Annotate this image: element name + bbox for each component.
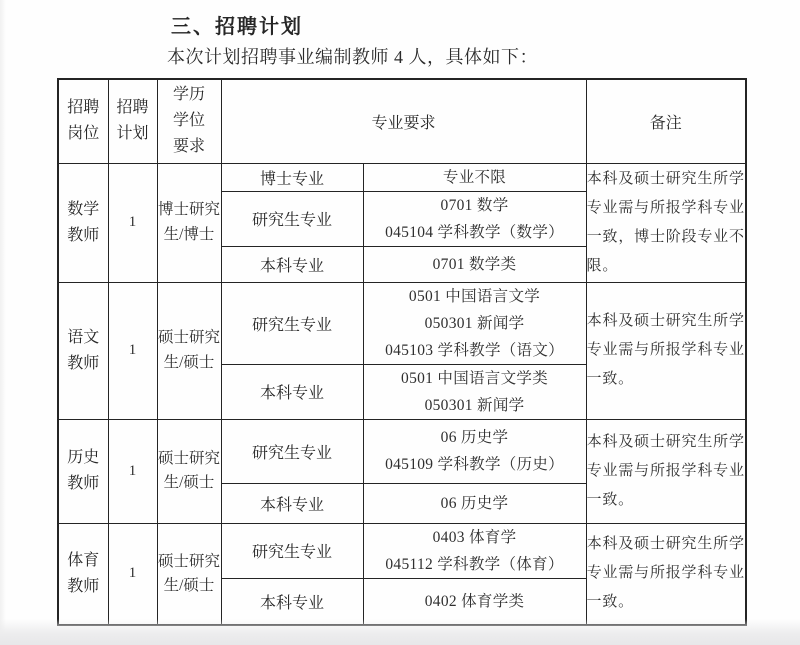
degree-level-cell: 本科专业 [221, 246, 363, 282]
major-list-cell: 06 历史学 045109 学科教学（历史） [363, 419, 586, 483]
position-cell: 语文教师 [58, 282, 108, 419]
major-line: 045109 学科教学（历史） [364, 451, 586, 478]
plan-count-cell: 1 [108, 523, 157, 625]
major-line: 045104 学科教学（数学） [364, 219, 586, 246]
degree-level-cell: 本科专业 [221, 364, 363, 419]
education-cell: 博士研究生/博士 [157, 163, 221, 282]
plan-count-cell: 1 [108, 282, 157, 419]
major-list-cell: 0501 中国语言文学类 050301 新闻学 [363, 364, 586, 419]
position-cell: 体育教师 [58, 523, 108, 625]
degree-level-cell: 本科专业 [221, 578, 363, 625]
position-cell: 数学教师 [58, 163, 108, 282]
page-subtitle: 本次计划招聘事业编制教师 4 人，具体如下： [167, 43, 538, 69]
table-row: 体育教师 1 硕士研究生/硕士 研究生专业 0403 体育学 045112 学科… [58, 523, 746, 578]
degree-level-cell: 博士专业 [221, 163, 363, 191]
remarks-cell: 本科及硕士研究生所学专业需与所报学科专业一致。 [586, 282, 746, 419]
table-header-row: 招聘岗位 招聘计划 学历学位要求 专业要求 备注 [58, 79, 746, 163]
col-header-remarks: 备注 [586, 79, 746, 163]
major-line: 专业不限 [364, 164, 586, 191]
position-label: 历史教师 [64, 445, 102, 497]
major-list-cell: 0701 数学类 [363, 246, 586, 282]
major-line: 0403 体育学 [364, 524, 586, 551]
major-line: 06 历史学 [364, 490, 586, 517]
education-cell: 硕士研究生/硕士 [157, 419, 221, 523]
major-list-cell: 专业不限 [363, 163, 586, 191]
table-row: 语文教师 1 硕士研究生/硕士 研究生专业 0501 中国语言文学 050301… [58, 282, 746, 364]
document-page: 三、招聘计划 本次计划招聘事业编制教师 4 人，具体如下： 招聘岗位 招聘计划 … [0, 0, 800, 645]
degree-level-cell: 本科专业 [221, 483, 363, 523]
recruitment-table: 招聘岗位 招聘计划 学历学位要求 专业要求 备注 数学教师 1 博士研究生/博士… [57, 78, 747, 626]
major-line: 0501 中国语言文学类 [364, 365, 586, 392]
major-list-cell: 0403 体育学 045112 学科教学（体育） [363, 523, 586, 578]
major-line: 0701 数学 [364, 192, 586, 219]
remarks-cell: 本科及硕士研究生所学专业需与所报学科专业一致。 [586, 523, 746, 625]
plan-count-cell: 1 [108, 419, 157, 523]
education-cell: 硕士研究生/硕士 [157, 282, 221, 419]
major-list-cell: 0701 数学 045104 学科教学（数学） [363, 191, 586, 246]
major-line: 0402 体育学类 [364, 588, 586, 615]
col-header-position: 招聘岗位 [58, 79, 108, 163]
degree-level-cell: 研究生专业 [221, 419, 363, 483]
major-line: 045112 学科教学（体育） [364, 551, 586, 578]
col-header-major: 专业要求 [221, 79, 586, 163]
major-line: 050301 新闻学 [364, 392, 586, 419]
major-line: 0501 中国语言文学 [364, 283, 586, 310]
col-header-position-label: 招聘岗位 [64, 95, 102, 147]
remarks-cell: 本科及硕士研究生所学专业需与所报学科专业一致。 [586, 419, 746, 523]
remarks-cell: 本科及硕士研究生所学专业需与所报学科专业一致，博士阶段专业不限。 [586, 163, 746, 282]
position-label: 语文教师 [64, 325, 102, 377]
col-header-plan: 招聘计划 [108, 79, 157, 163]
plan-count-cell: 1 [108, 163, 157, 282]
position-label: 数学教师 [64, 197, 102, 249]
page-bottom-shadow [0, 619, 800, 645]
major-line: 06 历史学 [364, 424, 586, 451]
position-cell: 历史教师 [58, 419, 108, 523]
col-header-plan-label: 招聘计划 [114, 95, 152, 147]
major-line: 045103 学科教学（语文） [364, 337, 586, 364]
degree-level-cell: 研究生专业 [221, 523, 363, 578]
position-label: 体育教师 [64, 548, 102, 600]
major-line: 0701 数学类 [364, 251, 586, 278]
table-row: 数学教师 1 博士研究生/博士 博士专业 专业不限 本科及硕士研究生所学专业需与… [58, 163, 746, 191]
major-list-cell: 0501 中国语言文学 050301 新闻学 045103 学科教学（语文） [363, 282, 586, 364]
col-header-education-label: 学历学位要求 [170, 82, 208, 160]
table-row: 历史教师 1 硕士研究生/硕士 研究生专业 06 历史学 045109 学科教学… [58, 419, 746, 483]
col-header-education: 学历学位要求 [157, 79, 221, 163]
major-list-cell: 0402 体育学类 [363, 578, 586, 625]
education-cell: 硕士研究生/硕士 [157, 523, 221, 625]
degree-level-cell: 研究生专业 [221, 282, 363, 364]
degree-level-cell: 研究生专业 [221, 191, 363, 246]
page-title: 三、招聘计划 [171, 10, 303, 39]
major-list-cell: 06 历史学 [363, 483, 586, 523]
major-line: 050301 新闻学 [364, 310, 586, 337]
